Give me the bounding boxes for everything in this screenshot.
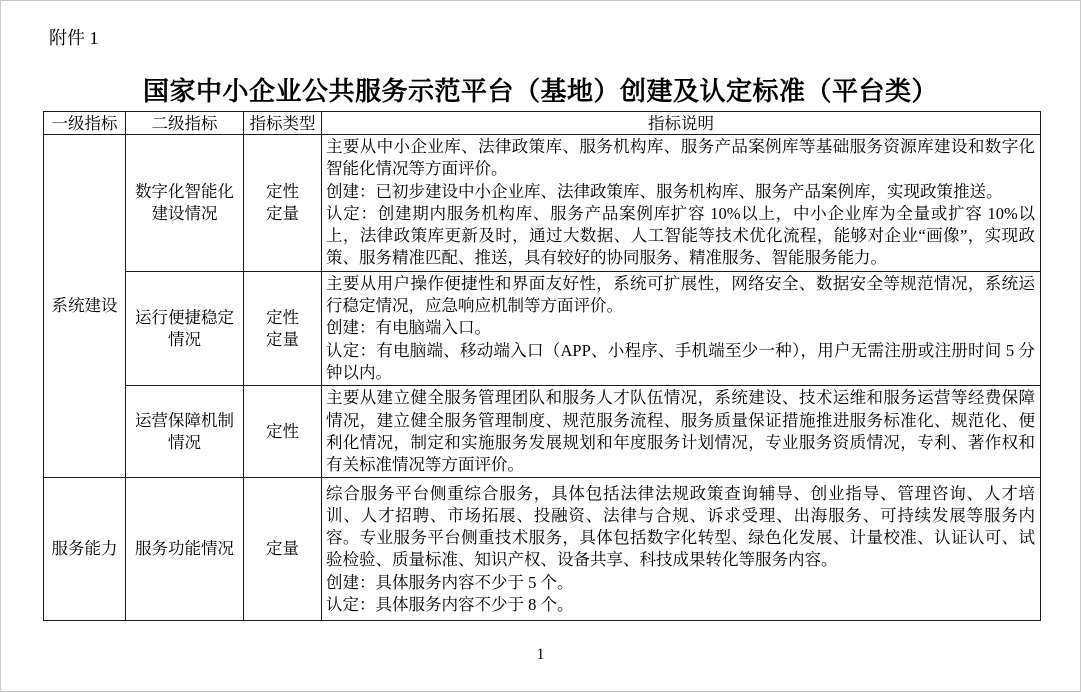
table-row: 服务能力 服务功能情况 定量 综合服务平台侧重综合服务，具体包括法律法规政策查询… [44,478,1041,621]
column-header-type: 指标类型 [244,112,322,135]
column-header-level1: 一级指标 [44,112,126,135]
attachment-label: 附件 1 [49,27,99,49]
description-cell: 综合服务平台侧重综合服务，具体包括法律法规政策查询辅导、创业指导、管理咨询、人才… [322,478,1041,621]
table-row: 运营保障机制 情况 定性 主要从建立健全服务管理团队和服务人才队伍情况，系统建设… [44,386,1041,478]
type-cell: 定性 定量 [244,135,322,272]
description-cell: 主要从中小企业库、法律政策库、服务机构库、服务产品案例库等基础服务资源库建设和数… [322,135,1041,272]
type-cell: 定量 [244,478,322,621]
level2-cell-operation-guarantee: 运营保障机制 情况 [126,386,244,478]
type-cell: 定性 [244,386,322,478]
description-cell: 主要从建立健全服务管理团队和服务人才队伍情况，系统建设、技术运维和服务运营等经费… [322,386,1041,478]
document-page: 附件 1 国家中小企业公共服务示范平台（基地）创建及认定标准（平台类） 一级指标… [0,0,1081,692]
column-header-level2: 二级指标 [126,112,244,135]
table-row: 运行便捷稳定 情况 定性 定量 主要从用户操作便捷性和界面友好性，系统可扩展性，… [44,271,1041,385]
level2-cell-digital-intelligent: 数字化智能化 建设情况 [126,135,244,272]
type-cell: 定性 定量 [244,271,322,385]
level2-cell-operation-convenience: 运行便捷稳定 情况 [126,271,244,385]
column-header-description: 指标说明 [322,112,1041,135]
description-cell: 主要从用户操作便捷性和界面友好性，系统可扩展性，网络安全、数据安全等规范情况，系… [322,271,1041,385]
level1-cell-system-construction: 系统建设 [44,135,126,478]
level2-cell-service-function: 服务功能情况 [126,478,244,621]
page-number: 1 [1,646,1080,664]
level1-cell-service-capability: 服务能力 [44,478,126,621]
table-row: 系统建设 数字化智能化 建设情况 定性 定量 主要从中小企业库、法律政策库、服务… [44,135,1041,272]
page-title: 国家中小企业公共服务示范平台（基地）创建及认定标准（平台类） [1,71,1080,108]
header-row: 一级指标 二级指标 指标类型 指标说明 [44,112,1041,135]
standards-table: 一级指标 二级指标 指标类型 指标说明 系统建设 数字化智能化 建设情况 定性 … [43,111,1041,621]
